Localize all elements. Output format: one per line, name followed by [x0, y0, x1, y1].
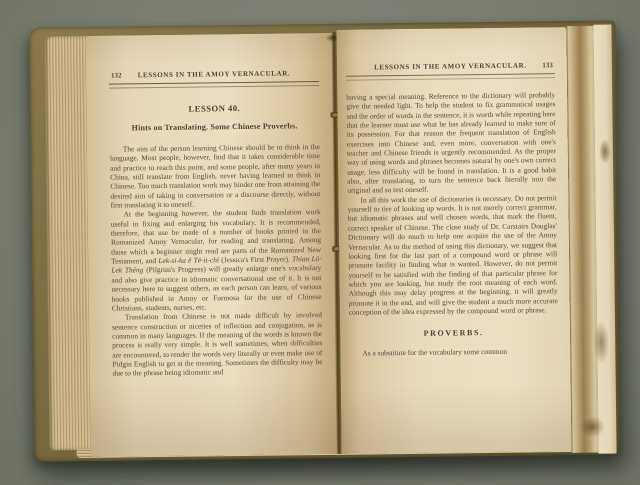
- paragraph: At the beginning however, the student fi…: [111, 207, 322, 312]
- header-rule-right: [346, 73, 555, 81]
- section-heading-proverbs: PROVERBS.: [349, 327, 558, 339]
- stain: [579, 416, 605, 438]
- running-head-left: LESSONS IN THE AMOY VERNACULAR.: [109, 69, 319, 80]
- page-number-left: 132: [111, 71, 122, 79]
- right-page: LESSONS IN THE AMOY VERNACULAR. 133 havi…: [336, 27, 571, 454]
- right-page-header: LESSONS IN THE AMOY VERNACULAR. 133: [346, 61, 555, 73]
- page-number-right: 133: [542, 61, 553, 69]
- lesson-subheading: Hints on Translating. Some Chinese Prove…: [110, 121, 320, 133]
- right-page-content: LESSONS IN THE AMOY VERNACULAR. 133 havi…: [346, 61, 559, 358]
- photo-background: 132 LESSONS IN THE AMOY VERNACULAR. LESS…: [0, 0, 640, 485]
- paragraph-text: (Jessica's First Prayer).: [219, 255, 292, 265]
- book-title-italic: Lek-si-ka ê Tē-it-chî: [158, 255, 219, 265]
- running-head-right: LESSONS IN THE AMOY VERNACULAR.: [346, 61, 555, 72]
- paragraph: Translation from Chinese is not made dif…: [112, 310, 323, 378]
- left-page: 132 LESSONS IN THE AMOY VERNACULAR. LESS…: [85, 33, 337, 457]
- open-book: 132 LESSONS IN THE AMOY VERNACULAR. LESS…: [29, 20, 620, 461]
- paragraph: having a special meaning. Reference to t…: [346, 90, 556, 195]
- paragraph: In all this work the use of dictionaries…: [347, 193, 557, 317]
- paragraph: The aim of the person learning Chinese s…: [110, 142, 321, 210]
- stain: [593, 321, 610, 365]
- left-page-content: 132 LESSONS IN THE AMOY VERNACULAR. LESS…: [109, 69, 323, 378]
- paragraph-text: (Pilgrim's Progress) will greatly enlarg…: [111, 264, 321, 313]
- lesson-heading: LESSON 40.: [109, 102, 319, 115]
- left-page-header: 132 LESSONS IN THE AMOY VERNACULAR.: [109, 69, 319, 81]
- header-rule-left: [109, 81, 319, 89]
- paragraph: As a substitute for the vocabulary some …: [349, 346, 558, 358]
- stain: [599, 139, 611, 165]
